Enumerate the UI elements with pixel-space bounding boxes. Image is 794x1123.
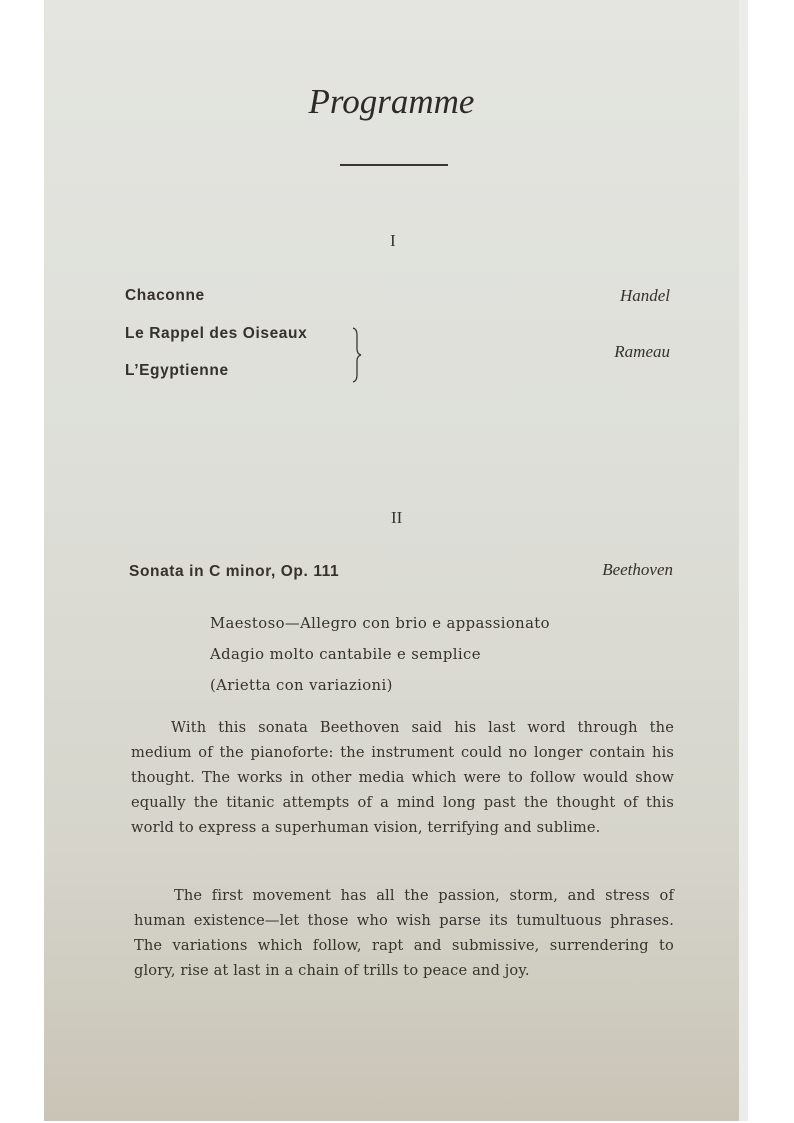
title-rule [340,164,448,166]
programme-note-2-text: The first movement has all the passion, … [134,883,674,983]
section-numeral-2: II [391,508,402,528]
composer-rameau: Rameau [614,342,670,362]
composer-handel: Handel [620,286,670,306]
programme-note-1-text: With this sonata Beethoven said his last… [131,715,674,840]
movement-2-subtitle: (Arietta con variazioni) [210,677,393,694]
work-title-sonata: Sonata in C minor, Op. 111 [129,563,339,581]
page-edge [739,0,748,1121]
work-title-egyptienne: L’Egyptienne [125,362,229,380]
composer-beethoven: Beethoven [602,560,673,580]
programme-note-1: With this sonata Beethoven said his last… [131,715,674,840]
grouping-brace-icon [352,327,364,383]
programme-note-2: The first movement has all the passion, … [134,883,674,983]
work-title-rappel: Le Rappel des Oiseaux [125,325,307,343]
work-title-chaconne: Chaconne [125,287,205,305]
movement-1: Maestoso—Allegro con brio e appassionato [210,615,550,632]
movement-2: Adagio molto cantabile e semplice [210,646,481,663]
programme-page: Programme I Chaconne Handel Le Rappel de… [44,0,739,1121]
page-title: Programme [44,82,739,122]
section-numeral-1: I [390,231,396,251]
